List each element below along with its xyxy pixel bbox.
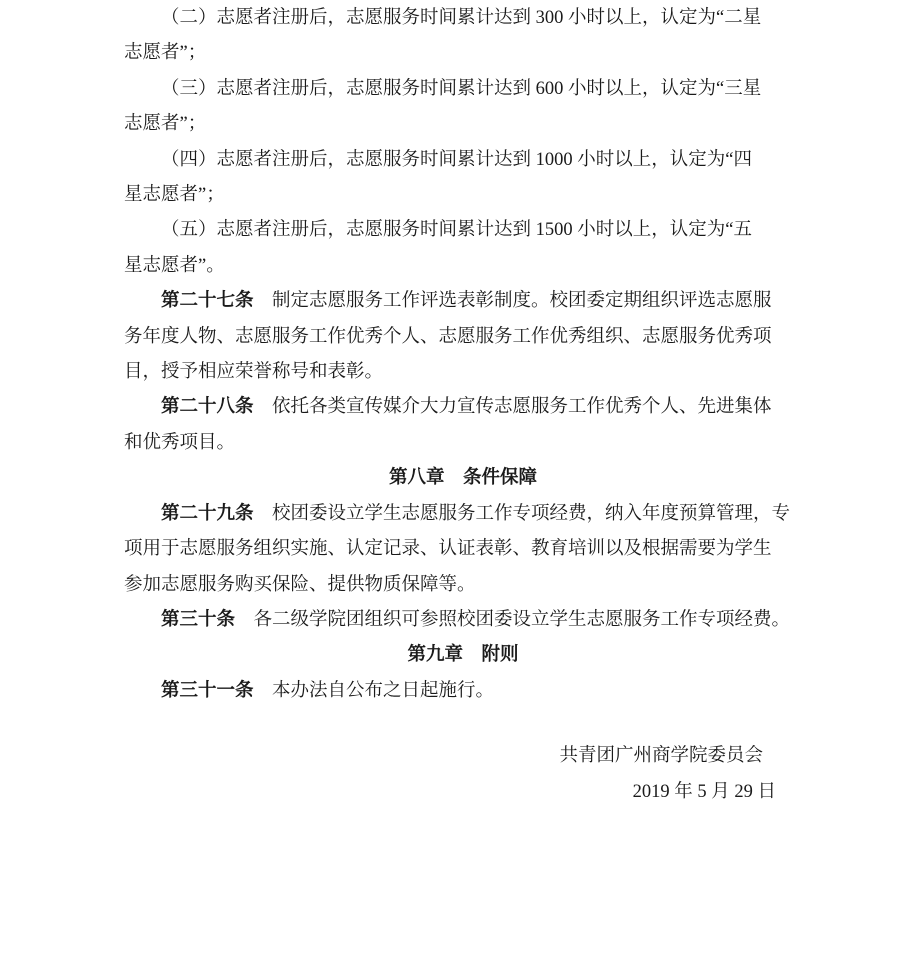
article-29-text: 校团委设立学生志愿服务工作专项经费，纳入年度预算管理，专 [254, 504, 791, 524]
signature-block: 共青团广州商学院委员会 2019 年 5 月 29 日 [124, 739, 780, 810]
article-30-text: 各二级学院团组织可参照校团委设立学生志愿服务工作专项经费。 [235, 610, 790, 630]
article-30-number: 第三十条 [161, 610, 235, 630]
doc-line-article-29: 第二十九条 校团委设立学生志愿服务工作专项经费，纳入年度预算管理，专 [124, 497, 780, 532]
signature-date: 2019 年 5 月 29 日 [124, 775, 780, 810]
doc-line-item-4: （四）志愿者注册后，志愿服务时间累计达到 1000 小时以上，认定为“四 [124, 143, 780, 178]
article-28-number: 第二十八条 [161, 397, 254, 417]
doc-line-article-31: 第三十一条 本办法自公布之日起施行。 [124, 674, 780, 709]
article-27-text: 制定志愿服务工作评选表彰制度。校团委定期组织评选志愿服 [254, 291, 772, 311]
article-29-number: 第二十九条 [161, 504, 254, 524]
document-body: （二）志愿者注册后，志愿服务时间累计达到 300 小时以上，认定为“二星 志愿者… [124, 1, 780, 810]
signature-organization: 共青团广州商学院委员会 [124, 739, 780, 774]
article-28-text: 依托各类宣传媒介大力宣传志愿服务工作优秀个人、先进集体 [254, 397, 772, 417]
doc-line-item-5: （五）志愿者注册后，志愿服务时间累计达到 1500 小时以上，认定为“五 [124, 213, 780, 248]
doc-line-item-2-cont: 志愿者”； [124, 36, 780, 71]
article-31-text: 本办法自公布之日起施行。 [254, 681, 495, 701]
chapter-9-heading: 第九章 附则 [124, 638, 780, 673]
doc-line-article-28: 第二十八条 依托各类宣传媒介大力宣传志愿服务工作优秀个人、先进集体 [124, 390, 780, 425]
doc-line-article-27: 第二十七条 制定志愿服务工作评选表彰制度。校团委定期组织评选志愿服 [124, 284, 780, 319]
article-31-number: 第三十一条 [161, 681, 254, 701]
doc-line-article-29-cont1: 项用于志愿服务组织实施、认定记录、认证表彰、教育培训以及根据需要为学生 [124, 532, 780, 567]
doc-line-article-27-cont1: 务年度人物、志愿服务工作优秀个人、志愿服务工作优秀组织、志愿服务优秀项 [124, 320, 780, 355]
doc-line-item-2: （二）志愿者注册后，志愿服务时间累计达到 300 小时以上，认定为“二星 [124, 1, 780, 36]
doc-line-article-29-cont2: 参加志愿服务购买保险、提供物质保障等。 [124, 568, 780, 603]
chapter-8-heading: 第八章 条件保障 [124, 461, 780, 496]
doc-line-article-28-cont: 和优秀项目。 [124, 426, 780, 461]
article-27-number: 第二十七条 [161, 291, 254, 311]
doc-line-item-5-cont: 星志愿者”。 [124, 249, 780, 284]
doc-line-item-3: （三）志愿者注册后，志愿服务时间累计达到 600 小时以上，认定为“三星 [124, 72, 780, 107]
document-page: （二）志愿者注册后，志愿服务时间累计达到 300 小时以上，认定为“二星 志愿者… [0, 0, 900, 954]
doc-line-article-30: 第三十条 各二级学院团组织可参照校团委设立学生志愿服务工作专项经费。 [124, 603, 780, 638]
doc-line-item-3-cont: 志愿者”； [124, 107, 780, 142]
doc-line-item-4-cont: 星志愿者”； [124, 178, 780, 213]
doc-line-article-27-cont2: 目，授予相应荣誉称号和表彰。 [124, 355, 780, 390]
